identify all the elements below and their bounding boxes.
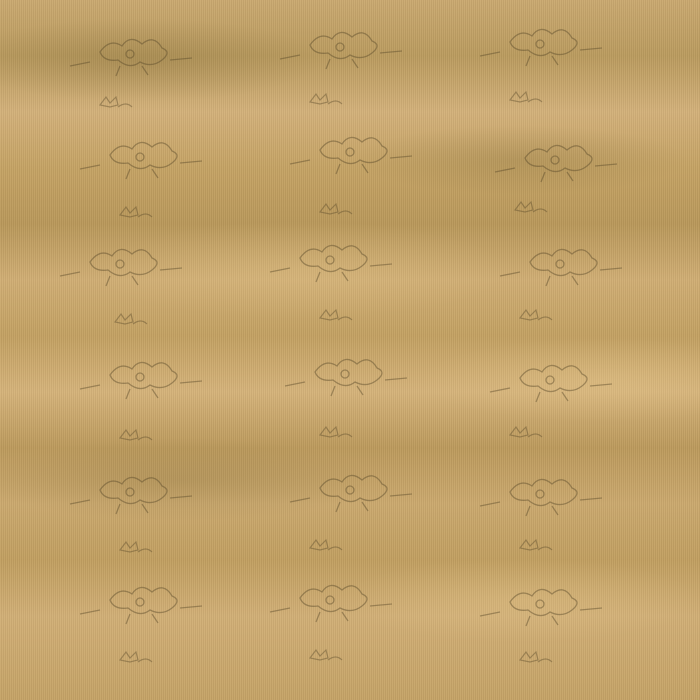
rug-texture: [0, 0, 700, 700]
floral-motifs: [0, 0, 700, 700]
motif-row: [60, 29, 622, 662]
